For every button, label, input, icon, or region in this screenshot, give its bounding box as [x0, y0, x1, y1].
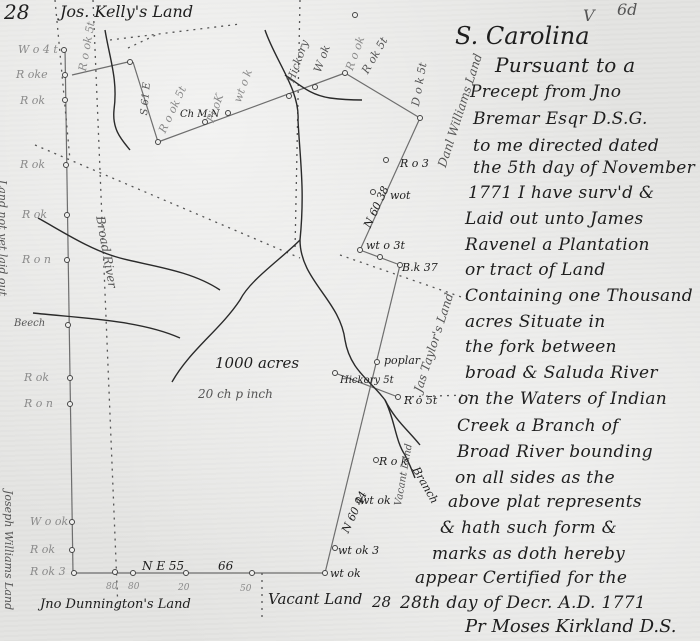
- cert-line: on the Waters of Indian: [458, 391, 667, 408]
- cert-line: on all sides as the: [455, 470, 615, 487]
- tree-mark: wt o 3t: [366, 240, 405, 251]
- cert-line: broad & Saluda River: [465, 365, 658, 382]
- tree-mark: R oke: [16, 69, 48, 80]
- mark-6d: 6d: [617, 2, 637, 18]
- bottom-number-28: 28: [372, 595, 391, 610]
- course-bottom-bearing: N E 55: [142, 560, 184, 572]
- chain-number: 80: [106, 583, 117, 592]
- cert-line: Pursuant to a: [495, 55, 636, 75]
- cert-line: & hath such form &: [440, 520, 617, 537]
- cert-line: Broad River bounding: [457, 444, 653, 461]
- cert-line: marks as doth hereby: [432, 546, 625, 563]
- tree-mark: R o 3: [400, 158, 429, 169]
- scale-label: 20 ch p inch: [198, 388, 273, 400]
- tree-mark-hickory: Hickory 5t: [340, 376, 394, 386]
- cert-line: above plat represents: [448, 494, 642, 511]
- tree-mark-beech: Beech: [14, 319, 45, 329]
- cert-line: Creek a Branch of: [457, 418, 619, 435]
- certificate-heading: S. Carolina: [455, 24, 590, 48]
- tree-mark: wt ok 3: [338, 545, 379, 556]
- cert-line: 1771 I have surv'd &: [468, 185, 654, 202]
- tree-mark: wt ok: [360, 495, 391, 506]
- chain-number: 80: [128, 583, 139, 592]
- tree-mark: R o n: [24, 398, 53, 409]
- cert-line: the 5th day of November: [473, 160, 695, 177]
- cert-line: Bremar Esqr D.S.G.: [473, 111, 648, 128]
- chain-number: 20: [178, 584, 189, 593]
- surveyor-signature: Pr Moses Kirkland D.S.: [465, 618, 677, 636]
- cert-line: acres Situate in: [465, 314, 605, 331]
- tree-mark: B.k 37: [402, 262, 438, 273]
- streams: [33, 30, 420, 478]
- adjoining-owner-bottom-right: Vacant Land: [268, 592, 362, 607]
- area-label: 1000 acres: [215, 356, 299, 371]
- tree-mark: W o 4 t: [18, 44, 58, 55]
- course-bottom-distance: 66: [218, 560, 233, 572]
- tree-mark: W o ok: [30, 516, 68, 527]
- chain-number: 50: [240, 585, 251, 594]
- cert-line: appear Certified for the: [415, 570, 627, 587]
- tree-mark: wot: [390, 190, 410, 201]
- tree-mark: R ok 3: [30, 566, 66, 577]
- adjoining-owner-bottom-left: Jno Dunnington's Land: [40, 598, 191, 611]
- page-number: 28: [4, 2, 29, 22]
- tree-mark: R o 5t: [404, 395, 437, 406]
- tree-mark: R ok: [22, 209, 47, 220]
- cert-line: 28th day of Decr. A.D. 1771: [400, 595, 646, 612]
- cert-line: Ravenel a Plantation: [465, 237, 650, 254]
- tree-mark: wt ok: [330, 568, 361, 579]
- tree-mark: R o n: [22, 254, 51, 265]
- tree-mark: R ok: [20, 159, 45, 170]
- tree-mark: R ok: [20, 95, 45, 106]
- adjoining-owner-left-lower: Joseph Williams Land: [3, 490, 14, 610]
- adjoining-owner-top: Jos. Kelly's Land: [60, 4, 193, 20]
- cert-line: Laid out unto James: [465, 211, 644, 228]
- cert-line: Precept from Jno: [470, 84, 621, 101]
- cert-line: or tract of Land: [465, 262, 606, 279]
- plat-document: 28 V 6d Jos. Kelly's Land S. Carolina Pu…: [0, 0, 700, 641]
- tree-mark-poplar: poplar: [384, 355, 420, 366]
- cert-line: to me directed dated: [473, 138, 659, 155]
- cert-line: the fork between: [465, 339, 617, 356]
- dotted-lines: [35, 0, 470, 620]
- tree-mark: R ok: [30, 544, 55, 555]
- cert-line: Containing one Thousand: [465, 288, 693, 305]
- adjoining-owner-left: Land not yet laid out: [0, 180, 8, 296]
- tree-mark: R ok: [24, 372, 49, 383]
